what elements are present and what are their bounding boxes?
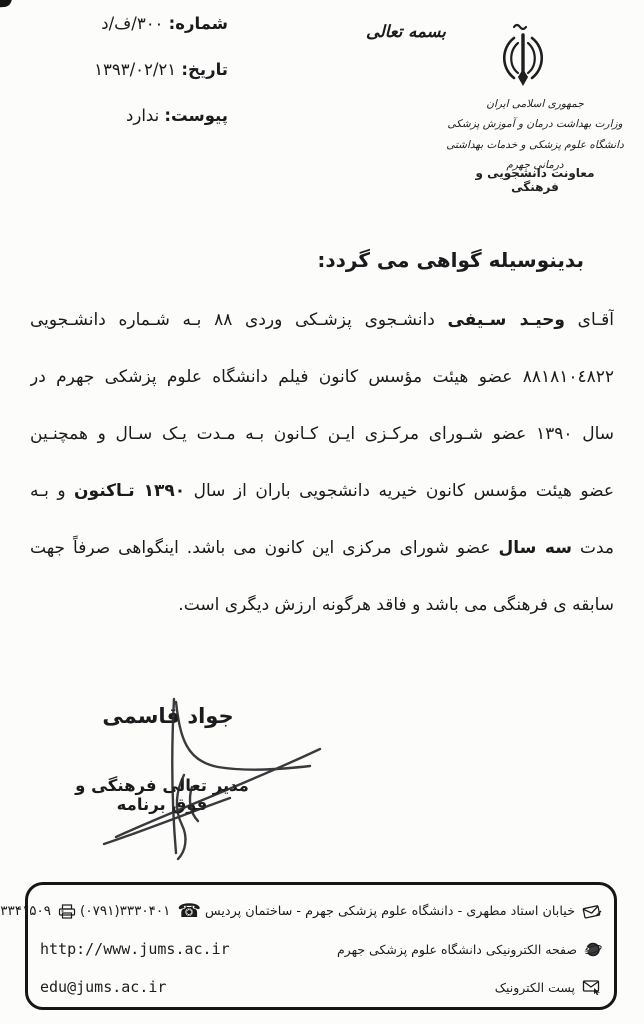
footer-website-label: صفحه الکترونیکی دانشگاه علوم پزشکی جهرم xyxy=(337,942,577,957)
iran-emblem-icon xyxy=(492,22,554,96)
footer-website-group: e e صفحه الکترونیکی دانشگاه علوم پزشکی ج… xyxy=(337,941,602,958)
svg-text:e: e xyxy=(584,944,589,956)
body-line: عضو هیئت مؤسس کانون خیریه دانشجویی باران… xyxy=(30,463,614,520)
footer-address-group: خیابان استاد مطهری - دانشگاه علوم پزشکی … xyxy=(205,904,602,919)
letter-meta-block: شماره: ۳۰۰/ف/د تاریخ: ۱۳۹۳/۰۲/۲۱ پیوست: … xyxy=(58,14,228,152)
body-line: سابقه ی فرهنگی می باشد و فاقد هرگونه ارز… xyxy=(30,577,614,634)
footer-fax-number: (۰۷۹۱)۳۳۴۱۵۰۹ xyxy=(0,903,51,919)
number-value: ۳۰۰/ف/د xyxy=(101,14,163,33)
footer-website-url: http://www.jums.ac.ir xyxy=(40,940,230,958)
handwritten-signature-ink xyxy=(88,645,390,863)
number-label: شماره: xyxy=(169,14,228,33)
body-line: سال ۱۳۹۰ عضو شـورای مرکـزی ایـن کـانون ب… xyxy=(30,406,614,463)
footer-website-row: e e صفحه الکترونیکی دانشگاه علوم پزشکی ج… xyxy=(40,930,602,968)
body-line: آقـای وحیـد سـیفی دانشـجوی پزشـکی وردی ۸… xyxy=(30,292,614,349)
footer-phone-number: (۰۷۹۱)۳۳۳۰۴۰۱ xyxy=(80,903,170,919)
letterhead-country: جمهوری اسلامی ایران xyxy=(442,94,628,114)
certificate-body: آقـای وحیـد سـیفی دانشـجوی پزشـکی وردی ۸… xyxy=(30,292,614,634)
footer-email-row: پست الکترونیک edu@jums.ac.ir xyxy=(40,968,602,1006)
footer-email-address: edu@jums.ac.ir xyxy=(40,978,166,996)
globe-browser-icon: e e xyxy=(584,941,602,958)
letterhead-calligraphy: جمهوری اسلامی ایران وزارت بهداشت درمان و… xyxy=(442,94,628,176)
mail-address-icon xyxy=(582,904,602,919)
telephone-icon: ☎ xyxy=(177,902,201,921)
letterhead-ministry: وزارت بهداشت درمان و آموزش پزشکی xyxy=(442,114,628,134)
letter-attachment: پیوست: ندارد xyxy=(58,106,228,125)
letterhead-department: معاونت دانشجویی و فرهنگی xyxy=(452,166,618,194)
attachment-value: ندارد xyxy=(126,106,159,125)
footer-phone-group: ☎ (۰۷۹۱)۳۳۳۰۴۰۱ xyxy=(80,902,201,921)
letter-number: شماره: ۳۰۰/ف/د xyxy=(58,14,228,33)
footer-address-row: خیابان استاد مطهری - دانشگاه علوم پزشکی … xyxy=(40,892,602,930)
signer-title: مدیر تعالی فرهنگی و فوق برنامه xyxy=(55,776,269,814)
date-label: تاریخ: xyxy=(181,60,228,79)
date-value: ۱۳۹۳/۰۲/۲۱ xyxy=(94,60,176,79)
letter-date: تاریخ: ۱۳۹۳/۰۲/۲۱ xyxy=(58,60,228,79)
scanned-letter-page: شماره: ۳۰۰/ف/د تاریخ: ۱۳۹۳/۰۲/۲۱ پیوست: … xyxy=(0,0,644,1024)
footer-email-label: پست الکترونیک xyxy=(495,980,575,995)
body-line: ۸۸۱۸۱۰٤۸۲۲ عضو هیئت مؤسس کانون فیلم دانش… xyxy=(30,349,614,406)
signer-name: جواد قاسمی xyxy=(100,704,236,728)
scan-corner-artifact xyxy=(0,0,12,8)
certificate-heading: بدینوسیله گواهی می گردد: xyxy=(317,248,584,272)
footer-fax-group: (۰۷۹۱)۳۳۴۱۵۰۹ xyxy=(0,903,76,919)
envelope-cursor-icon xyxy=(582,979,602,995)
footer-email-group: پست الکترونیک xyxy=(495,979,602,995)
attachment-label: پیوست: xyxy=(164,106,228,125)
footer-contact-box: خیابان استاد مطهری - دانشگاه علوم پزشکی … xyxy=(25,882,617,1010)
fax-printer-icon xyxy=(58,904,76,919)
besmele-text: بسمه تعالی xyxy=(366,22,446,41)
footer-address-text: خیابان استاد مطهری - دانشگاه علوم پزشکی … xyxy=(205,904,575,919)
body-line: مدت سه سال عضو شورای مرکزی این کانون می … xyxy=(30,520,614,577)
